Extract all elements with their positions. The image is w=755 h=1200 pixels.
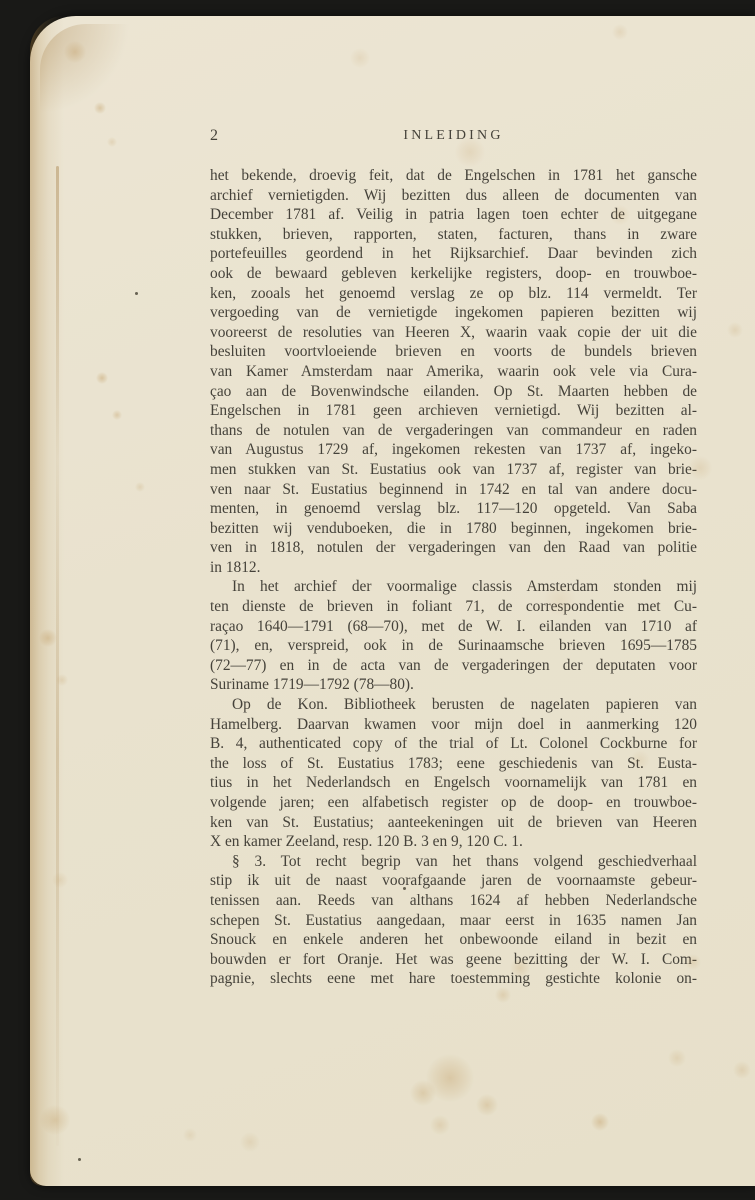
text-line: § 3. Tot recht begrip van het thans volg… — [210, 852, 697, 872]
text-line: Op de Kon. Bibliotheek berusten de nagel… — [210, 695, 697, 715]
paragraph: § 3. Tot recht begrip van het thans volg… — [210, 852, 697, 989]
book-page: 2 INLEIDING het bekende, droevig feit, d… — [30, 16, 755, 1186]
text-line: ven naar St. Eustatius beginnend in 1742… — [210, 480, 697, 500]
paragraph: het bekende, droevig feit, dat de Engels… — [210, 166, 697, 577]
text-line: ken, zooals het genoemd verslag ze op bl… — [210, 284, 697, 304]
text-line: ten dienste de brieven in foliant 71, de… — [210, 597, 697, 617]
text-line: çao aan de Bovenwindsche eilanden. Op St… — [210, 382, 697, 402]
running-title: INLEIDING — [210, 128, 697, 144]
text-line: het bekende, droevig feit, dat de Engels… — [210, 166, 697, 186]
text-line: B. 4, authenticated copy of the trial of… — [210, 734, 697, 754]
text-line: bouwden er fort Oranje. Het was geene be… — [210, 950, 697, 970]
text-line: bezitten wij venduboeken, die in 1780 be… — [210, 519, 697, 539]
text-line: stip ik uit de naast voorafgaande jaren … — [210, 871, 697, 891]
text-line: van Kamer Amsterdam naar Amerika, waarin… — [210, 362, 697, 382]
text-line: besluiten voortvloeiende brieven en voor… — [210, 342, 697, 362]
text-line: tenissen aan. Reeds van althans 1624 af … — [210, 891, 697, 911]
text-line: archief vernietigden. Wij bezitten dus a… — [210, 186, 697, 206]
text-line: In het archief der voormalige classis Am… — [210, 577, 697, 597]
text-line: thans de notulen van de vergaderingen va… — [210, 421, 697, 441]
text-line: ook de bewaard gebleven kerkelijke regis… — [210, 264, 697, 284]
paragraph: Op de Kon. Bibliotheek berusten de nagel… — [210, 695, 697, 852]
text-line: ven in 1818, notulen der vergaderingen v… — [210, 538, 697, 558]
page-header: 2 INLEIDING — [210, 127, 697, 147]
text-line: December 1781 af. Veilig in patria lagen… — [210, 205, 697, 225]
text-line: tius in het Nederlandsch en Engelsch voo… — [210, 773, 697, 793]
text-line: vergoeding van de vernietigde ingekomen … — [210, 303, 697, 323]
text-line: schepen St. Eustatius aangedaan, maar ee… — [210, 911, 697, 931]
text-line: stukken, brieven, rapporten, staten, fac… — [210, 225, 697, 245]
text-line: Snouck en enkele anderen het onbewoonde … — [210, 930, 697, 950]
text-line: in 1812. — [210, 558, 697, 578]
text-line: (72—77) en in de acta van de vergadering… — [210, 656, 697, 676]
text-line: pagnie, slechts eene met hare toestemmin… — [210, 969, 697, 989]
text-line: Hamelberg. Daarvan kwamen voor mijn doel… — [210, 715, 697, 735]
text-line: (71), en, verspreid, ook in de Surinaams… — [210, 636, 697, 656]
page-content: 2 INLEIDING het bekende, droevig feit, d… — [30, 16, 755, 1186]
body-text: het bekende, droevig feit, dat de Engels… — [210, 166, 697, 989]
scan-background: { "page": { "page_number": "2", "running… — [0, 0, 755, 1200]
text-line: volgende jaren; een alfabetisch register… — [210, 793, 697, 813]
text-line: Suriname 1719—1792 (78—80). — [210, 675, 697, 695]
text-line: portefeuilles geordend in het Rijksarchi… — [210, 244, 697, 264]
text-line: the loss of St. Eustatius 1783; eene ges… — [210, 754, 697, 774]
text-line: menten, in genoemd verslag blz. 117—120 … — [210, 499, 697, 519]
paragraph: In het archief der voormalige classis Am… — [210, 577, 697, 695]
text-line: men stukken van St. Eustatius ook van 17… — [210, 460, 697, 480]
text-line: Engelschen in 1781 geen archieven vernie… — [210, 401, 697, 421]
text-line: X en kamer Zeeland, resp. 120 B. 3 en 9,… — [210, 832, 697, 852]
text-line: raçao 1640—1791 (68—70), met de W. I. ei… — [210, 617, 697, 637]
text-line: vooreerst de resoluties van Heeren X, wa… — [210, 323, 697, 343]
text-line: van Augustus 1729 af, ingekomen rekesten… — [210, 440, 697, 460]
text-line: ken van St. Eustatius; aanteekeningen ui… — [210, 813, 697, 833]
